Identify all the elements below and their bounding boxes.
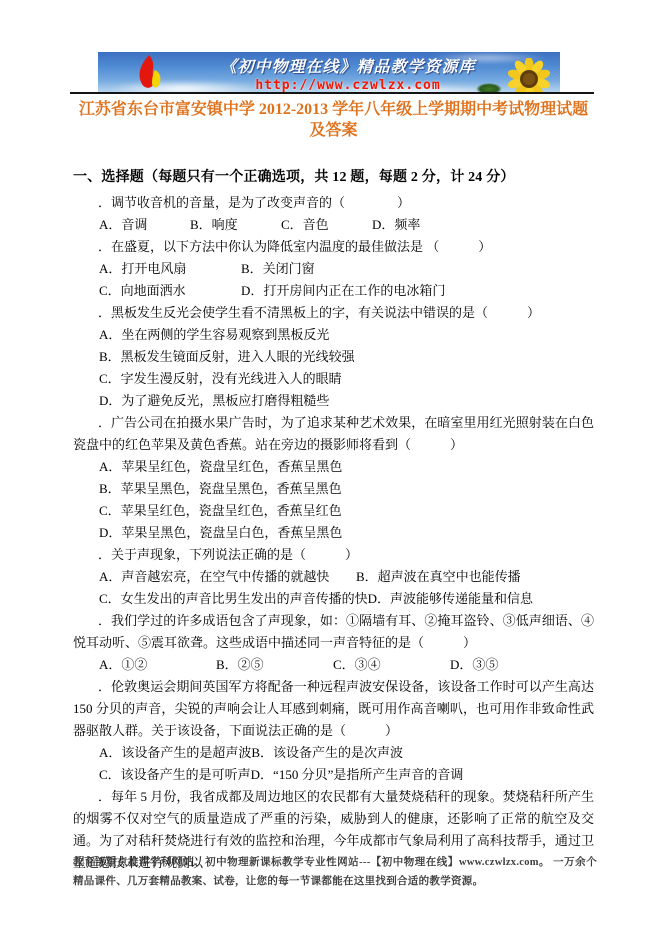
question-stem: ．关于声现象，下列说法正确的是（ ） xyxy=(73,544,594,566)
sunflower-icon xyxy=(506,58,552,92)
option-cell: A．声音越宏亮，在空气中传播的就越快 xyxy=(99,566,356,588)
option-row: A．苹果呈红色，瓷盘呈红色，香蕉呈黑色 xyxy=(99,456,594,478)
option-cell: C．女生发出的声音比男生发出的声音传播的快 xyxy=(99,588,368,610)
question-6: ．我们学过的许多成语包含了声现象，如：①隔墙有耳、②掩耳盗铃、③低声细语、④悦耳… xyxy=(73,610,594,676)
site-name: 《初中物理在线》精品教学资源库 xyxy=(198,54,498,77)
option-row: C．该设备产生的是可听声D．“150 分贝”是指所产生声音的音调 xyxy=(99,764,594,786)
banner-text: 《初中物理在线》精品教学资源库 http://www.czwlzx.com xyxy=(198,54,498,92)
option-cell: B．超声波在真空中也能传播 xyxy=(356,566,521,588)
option-cell: C．字发生漫反射，没有光线进入人的眼睛 xyxy=(99,368,342,390)
question-4: ．广告公司在拍摄水果广告时，为了追求某种艺术效果，在暗室里用红光照射装在白色瓷盘… xyxy=(73,412,594,544)
page-title-line-2: 及答案 xyxy=(73,120,594,141)
section-heading: 一、选择题（每题只有一个正确选项，共 12 题，每题 2 分，计 24 分） xyxy=(73,167,594,189)
option-cell: C．该设备产生的是可听声 xyxy=(99,764,251,786)
option-row: A．①②B．②⑤C．③④D．③⑤ xyxy=(99,654,594,676)
option-cell: D．“150 分贝”是指所产生声音的音调 xyxy=(251,764,464,786)
flame-logo-icon xyxy=(134,54,166,91)
option-row: C．苹果呈红色，瓷盘呈红色，香蕉呈红色 xyxy=(99,500,594,522)
option-cell: D．苹果呈黑色，瓷盘呈白色，香蕉呈黑色 xyxy=(99,522,342,544)
question-stem: ．我们学过的许多成语包含了声现象，如：①隔墙有耳、②掩耳盗铃、③低声细语、④悦耳… xyxy=(73,610,594,654)
question-stem: ．黑板发生反光会使学生看不清黑板上的字，有关说法中错误的是（ ） xyxy=(73,302,594,324)
option-cell: B．该设备产生的是次声波 xyxy=(251,742,403,764)
option-row: A．打开电风扇B．关闭门窗 xyxy=(99,258,594,280)
option-cell: A．苹果呈红色，瓷盘呈红色，香蕉呈黑色 xyxy=(99,456,342,478)
option-row: A．声音越宏亮，在空气中传播的就越快B．超声波在真空中也能传播 xyxy=(99,566,594,588)
option-cell: C．苹果呈红色，瓷盘呈红色，香蕉呈红色 xyxy=(99,500,342,522)
question-stem: ．在盛夏，以下方法中你认为降低室内温度的最佳做法是 （ ） xyxy=(73,236,594,258)
page-footer: 教育部重点推荐学科网站、初中物理新课标教学专业性网站---【初中物理在线】www… xyxy=(73,853,597,891)
option-cell: C．音色 xyxy=(281,214,372,236)
option-row: A．音调B．响度C．音色D．频率 xyxy=(99,214,594,236)
question-stem: ．调节收音机的音量，是为了改变声音的（ ） xyxy=(73,192,594,214)
option-row: B．黑板发生镜面反射，进入人眼的光线较强 xyxy=(99,346,594,368)
question-stem: ．伦敦奥运会期间英国军方将配备一种远程声波安保设备，该设备工作时可以产生高达 1… xyxy=(73,676,594,742)
option-row: C．向地面洒水D．打开房间内正在工作的电冰箱门 xyxy=(99,280,594,302)
page-title-line-1: 江苏省东台市富安镇中学 2012-2013 学年八年级上学期期中考试物理试题 xyxy=(73,99,594,120)
option-cell: B．②⑤ xyxy=(216,654,333,676)
option-cell: B．黑板发生镜面反射，进入人眼的光线较强 xyxy=(99,346,355,368)
site-banner: 《初中物理在线》精品教学资源库 http://www.czwlzx.com xyxy=(98,52,560,92)
option-cell: D．为了避免反光，黑板应打磨得粗糙些 xyxy=(99,390,329,412)
document-page: 《初中物理在线》精品教学资源库 http://www.czwlzx.com xyxy=(0,0,661,936)
option-cell: A．该设备产生的是超声波 xyxy=(99,742,251,764)
option-row: C．女生发出的声音比男生发出的声音传播的快D．声波能够传递能量和信息 xyxy=(99,588,594,610)
divider-line xyxy=(70,92,594,94)
option-row: D．为了避免反光，黑板应打磨得粗糙些 xyxy=(99,390,594,412)
option-cell: D．声波能够传递能量和信息 xyxy=(368,588,533,610)
option-cell: A．①② xyxy=(99,654,216,676)
option-cell: D．③⑤ xyxy=(450,654,567,676)
option-row: C．字发生漫反射，没有光线进入人的眼睛 xyxy=(99,368,594,390)
site-url: http://www.czwlzx.com xyxy=(198,78,498,92)
option-cell: B．响度 xyxy=(190,214,281,236)
question-7: ．伦敦奥运会期间英国军方将配备一种远程声波安保设备，该设备工作时可以产生高达 1… xyxy=(73,676,594,786)
option-cell: C．③④ xyxy=(333,654,450,676)
option-cell: A．音调 xyxy=(99,214,190,236)
question-1: ．调节收音机的音量，是为了改变声音的（ ） A．音调B．响度C．音色D．频率 xyxy=(73,192,594,236)
document-content: 江苏省东台市富安镇中学 2012-2013 学年八年级上学期期中考试物理试题 及… xyxy=(73,99,594,874)
foliage-decoration xyxy=(476,83,502,92)
option-row: D．苹果呈黑色，瓷盘呈白色，香蕉呈黑色 xyxy=(99,522,594,544)
option-cell: B．苹果呈黑色，瓷盘呈黑色，香蕉呈黑色 xyxy=(99,478,342,500)
question-3: ．黑板发生反光会使学生看不清黑板上的字，有关说法中错误的是（ ） A．坐在两侧的… xyxy=(73,302,594,412)
option-row: A．该设备产生的是超声波B．该设备产生的是次声波 xyxy=(99,742,594,764)
question-stem: ．广告公司在拍摄水果广告时，为了追求某种艺术效果，在暗室里用红光照射装在白色瓷盘… xyxy=(73,412,594,456)
option-cell: A．坐在两侧的学生容易观察到黑板反光 xyxy=(99,324,329,346)
option-cell: B．关闭门窗 xyxy=(241,258,315,280)
question-5: ．关于声现象，下列说法正确的是（ ） A．声音越宏亮，在空气中传播的就越快B．超… xyxy=(73,544,594,610)
question-2: ．在盛夏，以下方法中你认为降低室内温度的最佳做法是 （ ） A．打开电风扇B．关… xyxy=(73,236,594,302)
page-title: 江苏省东台市富安镇中学 2012-2013 学年八年级上学期期中考试物理试题 及… xyxy=(73,99,594,141)
option-row: B．苹果呈黑色，瓷盘呈黑色，香蕉呈黑色 xyxy=(99,478,594,500)
option-cell: A．打开电风扇 xyxy=(99,258,241,280)
option-row: A．坐在两侧的学生容易观察到黑板反光 xyxy=(99,324,594,346)
option-cell: D．打开房间内正在工作的电冰箱门 xyxy=(241,280,445,302)
option-cell: C．向地面洒水 xyxy=(99,280,241,302)
option-cell: D．频率 xyxy=(372,214,463,236)
